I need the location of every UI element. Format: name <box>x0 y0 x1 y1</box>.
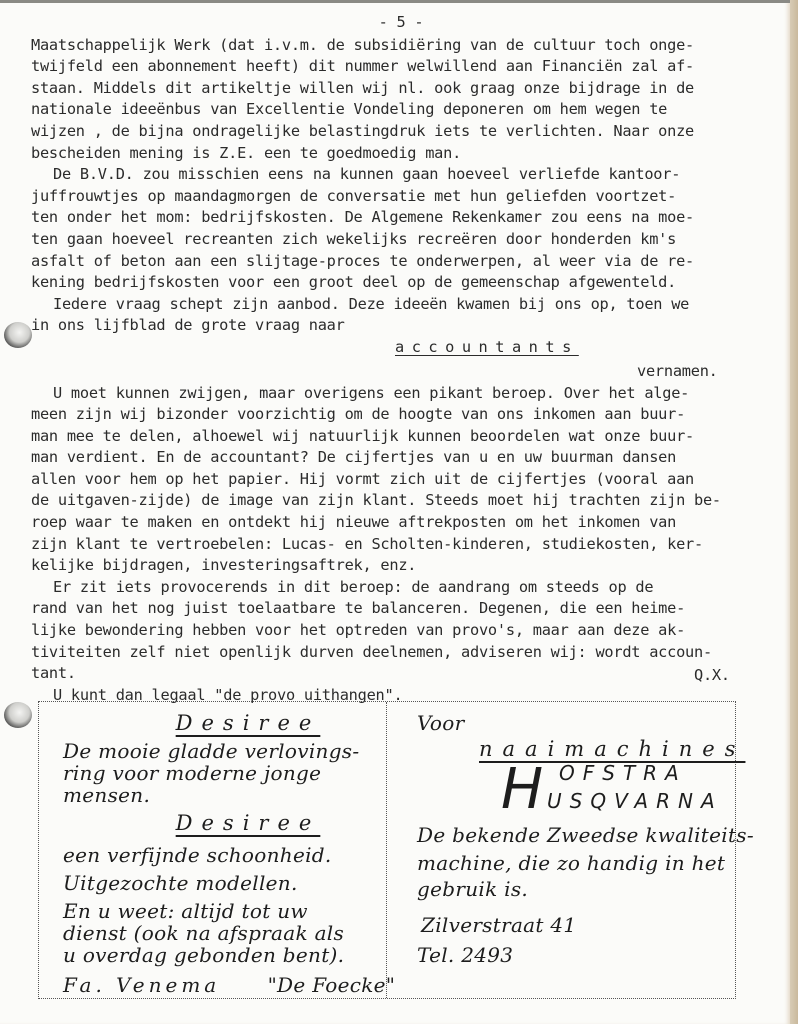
ad-firm-name: Fa. Venema <box>63 973 220 997</box>
brand-name-husqvarna: USQVARNA <box>547 790 723 812</box>
ad-lead: Voor <box>417 712 727 734</box>
text-line: kening bedrijfskosten voor een groot dee… <box>31 272 771 294</box>
text-line: juffrouwtjes op maandagmorgen de convers… <box>31 186 771 208</box>
text-line: De B.V.D. zou misschien eens na kunnen g… <box>31 164 771 186</box>
ad-title-repeat: Desiree <box>163 812 333 834</box>
paragraph-2: De B.V.D. zou misschien eens na kunnen g… <box>31 164 771 294</box>
text-line: nationale ideeënbus van Excellentie Vond… <box>31 99 771 121</box>
paragraph-5: Er zit iets provocerends in dit beroep: … <box>31 577 771 685</box>
ad-text-line: gebruik is. <box>417 878 727 900</box>
ad-text-line: machine, die zo handig in het <box>417 852 727 874</box>
ad-text-line: een verfijnde schoonheid. <box>63 844 383 866</box>
text-line: lijke bewondering hebben voor het optred… <box>31 620 771 642</box>
paragraph-4: U moet kunnen zwijgen, maar overigens ee… <box>31 383 771 577</box>
text-line: in ons lijfblad de grote vraag naar <box>31 315 771 337</box>
text-line: U moet kunnen zwijgen, maar overigens ee… <box>31 383 771 405</box>
ad-text-line: u overdag gebonden bent). <box>63 944 383 966</box>
ad-phone: Tel. 2493 <box>417 944 727 966</box>
text-line: meen zijn wij bizonder voorzichtig om de… <box>31 404 771 426</box>
text-line: allen voor hem op het papier. Hij vormt … <box>31 469 771 491</box>
brand-logo: H OFSTRA USQVARNA <box>417 760 727 818</box>
text-line: vernamen. <box>31 361 771 383</box>
ad-address: Zilverstraat 41 <box>421 914 727 936</box>
ad-firm-line: Fa. Venema "De Foecke" <box>63 974 383 996</box>
page-edge <box>790 0 798 1024</box>
text-line: zijn klant te vertroebelen: Lucas- en Sc… <box>31 534 771 556</box>
paragraph-3: Iedere vraag schept zijn aanbod. Deze id… <box>31 294 771 383</box>
text-line: Iedere vraag schept zijn aanbod. Deze id… <box>31 294 771 316</box>
text-line: ten gaan hoeveel recreanten zich wekelij… <box>31 229 771 251</box>
punch-hole-icon <box>4 702 32 728</box>
text-line: tiviteiten zelf niet openlijk durven dee… <box>31 642 771 664</box>
text-line: tant. <box>31 663 771 685</box>
paragraph-1: Maatschappelijk Werk (dat i.v.m. de subs… <box>31 35 771 165</box>
ad-desiree: Desiree De mooie gladde verlovings- ring… <box>63 712 383 996</box>
ad-store-name: "De Foecke" <box>268 973 396 997</box>
text-line: man mee te delen, alhoewel wij natuurlij… <box>31 426 771 448</box>
brand-name-hofstra: OFSTRA <box>559 762 687 784</box>
article-body: - 5 - Maatschappelijk Werk (dat i.v.m. d… <box>31 12 771 706</box>
ad-text-line: ring voor moderne jonge <box>63 762 383 784</box>
page-number: - 5 - <box>31 12 771 34</box>
text-line: twijfeld een abonnement heeft) dit numme… <box>31 56 771 78</box>
text-line: man verdient. En de accountant? De cijfe… <box>31 447 771 469</box>
ad-text-line: De bekende Zweedse kwaliteits- <box>417 824 727 846</box>
text-line: bescheiden mening is Z.E. een te goedmoe… <box>31 143 771 165</box>
punch-hole-icon <box>4 322 32 348</box>
advertisements: Desiree De mooie gladde verlovings- ring… <box>38 701 736 999</box>
highlight-row: accountants <box>31 337 771 361</box>
ad-text-line: En u weet: altijd tot uw <box>63 900 383 922</box>
ad-text-line: mensen. <box>63 784 383 806</box>
ad-title: Desiree <box>163 712 333 734</box>
ad-divider <box>386 702 387 998</box>
text-line: wijzen , de bijna ondragelijke belasting… <box>31 121 771 143</box>
text-line: staan. Middels dit artikeltje willen wij… <box>31 78 771 100</box>
ad-hofstra: Voor naaimachines H OFSTRA USQVARNA De b… <box>417 712 727 966</box>
text-line: asfalt of beton aan een slijtage-proces … <box>31 251 771 273</box>
highlight-word: accountants <box>395 338 579 356</box>
brand-initial: H <box>501 762 543 818</box>
ad-text-line: dienst (ook na afspraak als <box>63 922 383 944</box>
scanned-page: - 5 - Maatschappelijk Werk (dat i.v.m. d… <box>0 0 792 1024</box>
text-line: rand van het nog juist toelaatbare te ba… <box>31 598 771 620</box>
page-top-edge <box>0 0 790 3</box>
ad-text-line: De mooie gladde verlovings- <box>63 740 383 762</box>
text-line: roep waar te maken en ontdekt hij nieuwe… <box>31 512 771 534</box>
text-line: Maatschappelijk Werk (dat i.v.m. de subs… <box>31 35 771 57</box>
text-line: ten onder het mom: bedrijfskosten. De Al… <box>31 207 771 229</box>
text-line: Er zit iets provocerends in dit beroep: … <box>31 577 771 599</box>
text-line: kelijke bijdragen, investeringsaftrek, e… <box>31 555 771 577</box>
text-line: de uitgaven-zijde) de image van zijn kla… <box>31 490 771 512</box>
signature: Q.X. <box>694 665 730 687</box>
ad-text-line: Uitgezochte modellen. <box>63 872 383 894</box>
